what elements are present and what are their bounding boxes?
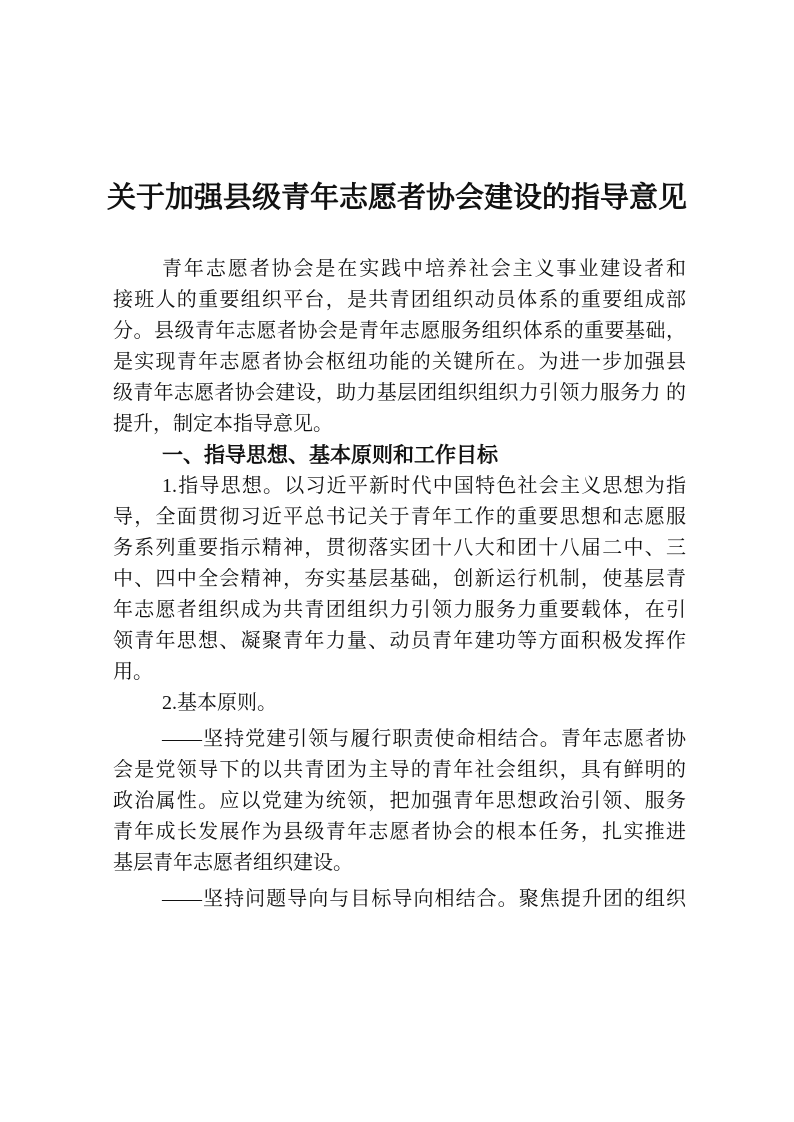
text-line: 务系列重要指示精神，贯彻落实团十八大和团十八届二中、三: [113, 533, 686, 564]
paragraph-body: 1.指导思想。以习近平新时代中国特色社会主义思想为指导，全面贯彻习近平总书记关于…: [113, 471, 686, 688]
paragraph-body: 青年志愿者协会是在实践中培养社会主义事业建设者和接班人的重要组织平台，是共青团组…: [113, 254, 686, 440]
text-line: 导，全面贯彻习近平总书记关于青年工作的重要思想和志愿服: [113, 502, 686, 533]
text-line: 中、四中全会精神，夯实基层基础，创新运行机制，使基层青: [113, 564, 686, 595]
text-line: 一、指导思想、基本原则和工作目标: [113, 440, 686, 471]
text-line: 1.指导思想。以习近平新时代中国特色社会主义思想为指: [113, 471, 686, 502]
text-line: 年志愿者组织成为共青团组织力引领力服务力重要载体，在引: [113, 595, 686, 626]
text-line: 基层青年志愿者组织建设。: [113, 848, 686, 879]
document-title: 关于加强县级青年志愿者协会建设的指导意见: [0, 180, 794, 216]
text-line: 2.基本原则。: [113, 688, 686, 719]
text-line: 用。: [113, 657, 686, 688]
text-line: 接班人的重要组织平台，是共青团组织动员体系的重要组成部: [113, 285, 686, 316]
text-line: ——坚持党建引领与履行职责使命相结合。青年志愿者协: [113, 724, 686, 755]
text-line: 分。县级青年志愿者协会是青年志愿服务组织体系的重要基础，: [113, 316, 686, 347]
document-body: 青年志愿者协会是在实践中培养社会主义事业建设者和接班人的重要组织平台，是共青团组…: [113, 254, 686, 915]
text-line: 是实现青年志愿者协会枢纽功能的关键所在。为进一步加强县: [113, 347, 686, 378]
paragraph-body: 2.基本原则。: [113, 688, 686, 719]
text-line: 青年志愿者协会是在实践中培养社会主义事业建设者和: [113, 254, 686, 285]
text-line: 提升，制定本指导意见。: [113, 409, 686, 440]
text-line: 青年成长发展作为县级青年志愿者协会的根本任务，扎实推进: [113, 817, 686, 848]
text-line: 政治属性。应以党建为统领，把加强青年思想政治引领、服务: [113, 786, 686, 817]
paragraph-heading: 一、指导思想、基本原则和工作目标: [113, 440, 686, 471]
document-page: 关于加强县级青年志愿者协会建设的指导意见 青年志愿者协会是在实践中培养社会主义事…: [0, 0, 794, 1122]
text-line: ——坚持问题导向与目标导向相结合。聚焦提升团的组织: [113, 884, 686, 915]
text-line: 领青年思想、凝聚青年力量、动员青年建功等方面积极发挥作: [113, 626, 686, 657]
paragraph-dash: ——坚持党建引领与履行职责使命相结合。青年志愿者协会是党领导下的以共青团为主导的…: [113, 724, 686, 879]
text-line: 级青年志愿者协会建设，助力基层团组织组织力引领力服务力 的: [113, 378, 686, 409]
text-line: 会是党领导下的以共青团为主导的青年社会组织，具有鲜明的: [113, 755, 686, 786]
paragraph-dash: ——坚持问题导向与目标导向相结合。聚焦提升团的组织: [113, 884, 686, 915]
